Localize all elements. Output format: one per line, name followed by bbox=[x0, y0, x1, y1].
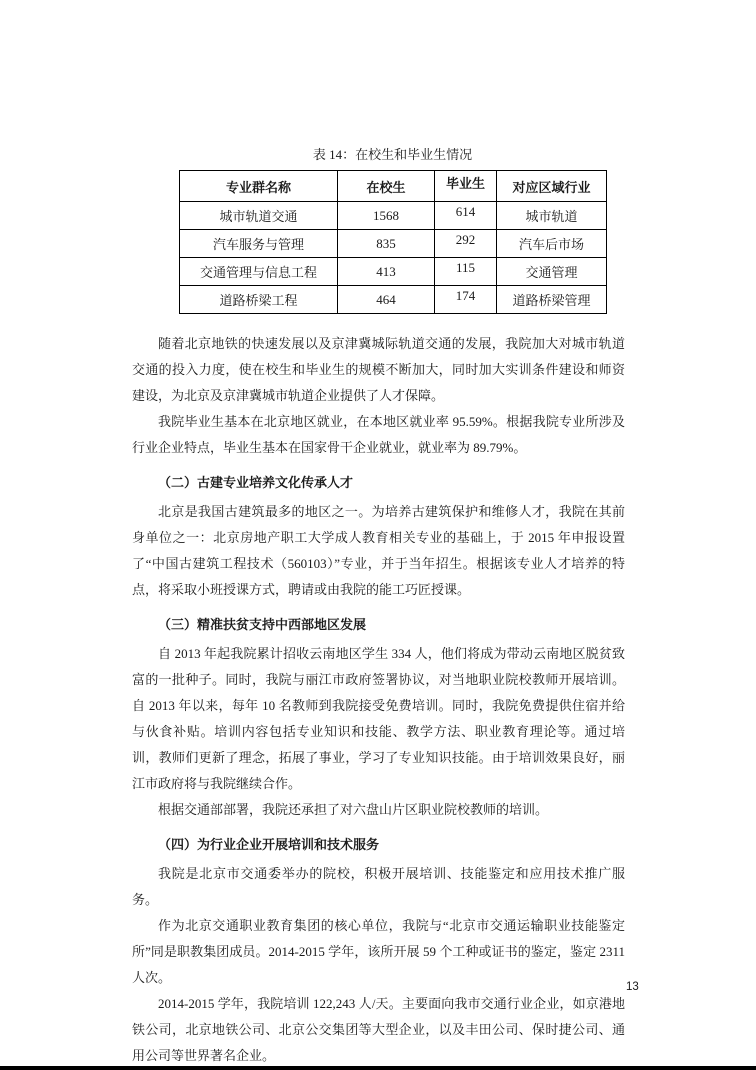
paragraph: 北京是我国古建筑最多的地区之一。为培养古建筑保护和维修人才，我院在其前身单位之一… bbox=[132, 499, 625, 603]
table-cell: 464 bbox=[338, 286, 435, 314]
table-cell: 城市轨道 bbox=[497, 202, 607, 230]
students-graduates-table: 专业群名称在校生毕业生对应区域行业 城市轨道交通1568614城市轨道汽车服务与… bbox=[179, 170, 607, 314]
table-header-row: 专业群名称在校生毕业生对应区域行业 bbox=[180, 171, 607, 202]
cell-specialty-group: 汽车服务与管理 bbox=[180, 230, 338, 258]
table-cell: 1568 bbox=[338, 202, 435, 230]
column-header: 在校生 bbox=[338, 171, 435, 202]
table-cell: 174 bbox=[435, 286, 497, 314]
document-content: 表 14：在校生和毕业生情况 专业群名称在校生毕业生对应区域行业 城市轨道交通1… bbox=[132, 146, 625, 1069]
paragraph: 我院毕业生基本在北京地区就业，在本地区就业率 95.59%。根据我院专业所涉及行… bbox=[132, 409, 625, 461]
paragraph: 我院是北京市交通委举办的院校，积极开展培训、技能鉴定和应用技术推广服务。 bbox=[132, 861, 625, 913]
cell-specialty-group: 道路桥梁工程 bbox=[180, 286, 338, 314]
table-cell: 614 bbox=[435, 202, 497, 230]
table-row: 道路桥梁工程464174道路桥梁管理 bbox=[180, 286, 607, 314]
paragraph: 根据交通部部署，我院还承担了对六盘山片区职业院校教师的培训。 bbox=[132, 797, 625, 823]
table-section: 表 14：在校生和毕业生情况 专业群名称在校生毕业生对应区域行业 城市轨道交通1… bbox=[179, 146, 606, 314]
table-row: 汽车服务与管理835292汽车后市场 bbox=[180, 230, 607, 258]
page-number: 13 bbox=[626, 981, 639, 993]
table-caption: 表 14：在校生和毕业生情况 bbox=[179, 146, 606, 164]
table-body: 城市轨道交通1568614城市轨道汽车服务与管理835292汽车后市场交通管理与… bbox=[180, 202, 607, 314]
table-cell: 交通管理 bbox=[497, 258, 607, 286]
cell-specialty-group: 城市轨道交通 bbox=[180, 202, 338, 230]
section-heading: （二）古建专业培养文化传承人才 bbox=[132, 470, 625, 496]
column-header: 毕业生 bbox=[435, 171, 497, 202]
table-cell: 汽车后市场 bbox=[497, 230, 607, 258]
paragraph: 自 2013 年起我院累计招收云南地区学生 334 人，他们将成为带动云南地区脱… bbox=[132, 641, 625, 797]
table-cell: 413 bbox=[338, 258, 435, 286]
table-cell: 115 bbox=[435, 258, 497, 286]
table-cell: 835 bbox=[338, 230, 435, 258]
column-header: 对应区域行业 bbox=[497, 171, 607, 202]
table-row: 城市轨道交通1568614城市轨道 bbox=[180, 202, 607, 230]
section-heading: （四）为行业企业开展培训和技术服务 bbox=[132, 832, 625, 858]
paragraph: 随着北京地铁的快速发展以及京津冀城际轨道交通的发展，我院加大对城市轨道交通的投入… bbox=[132, 331, 625, 409]
cell-specialty-group: 交通管理与信息工程 bbox=[180, 258, 338, 286]
column-header: 专业群名称 bbox=[180, 171, 338, 202]
table-head: 专业群名称在校生毕业生对应区域行业 bbox=[180, 171, 607, 202]
section-heading: （三）精准扶贫支持中西部地区发展 bbox=[132, 612, 625, 638]
table-row: 交通管理与信息工程413115交通管理 bbox=[180, 258, 607, 286]
paragraph: 2014-2015 学年，我院培训 122,243 人/天。主要面向我市交通行业… bbox=[132, 991, 625, 1069]
text-blocks: 随着北京地铁的快速发展以及京津冀城际轨道交通的发展，我院加大对城市轨道交通的投入… bbox=[132, 331, 625, 1069]
bottom-edge-bar bbox=[0, 1066, 756, 1070]
paragraph: 作为北京交通职业教育集团的核心单位，我院与“北京市交通运输职业技能鉴定所”同是职… bbox=[132, 913, 625, 991]
document-page: 表 14：在校生和毕业生情况 专业群名称在校生毕业生对应区域行业 城市轨道交通1… bbox=[0, 0, 756, 1070]
table-cell: 292 bbox=[435, 230, 497, 258]
table-cell: 道路桥梁管理 bbox=[497, 286, 607, 314]
